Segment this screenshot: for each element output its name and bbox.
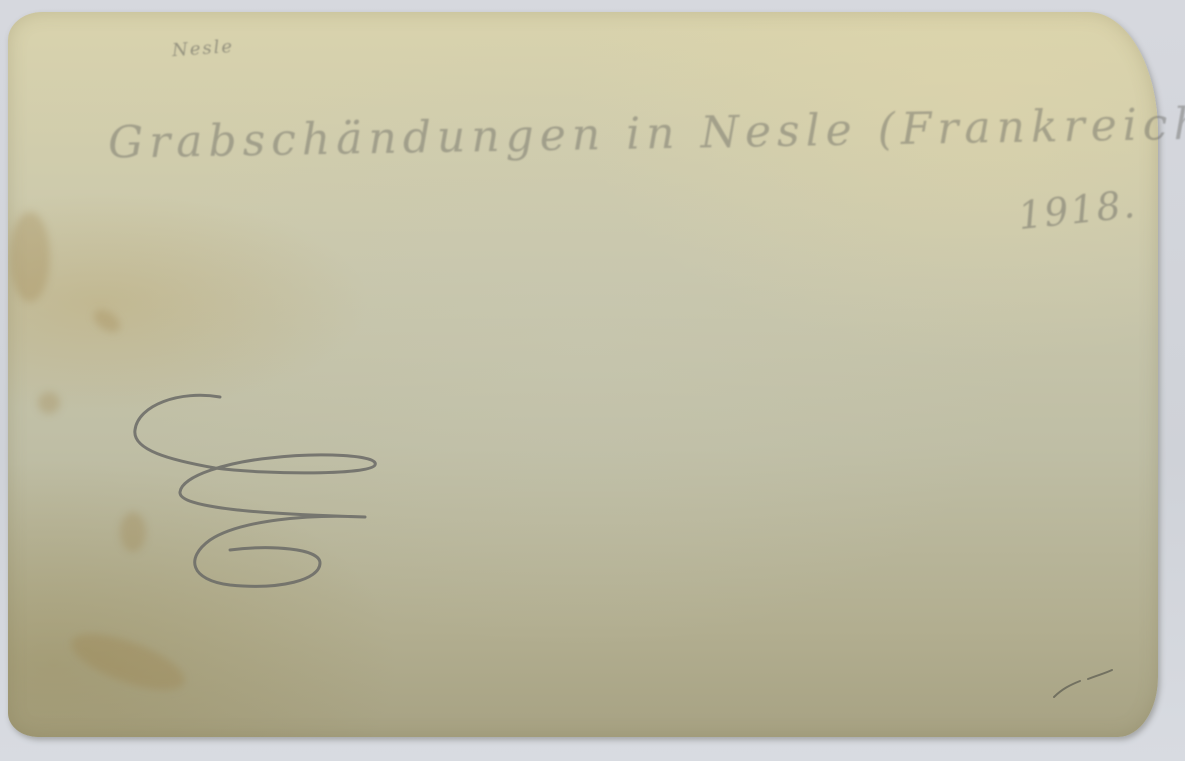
foxing-stain — [90, 305, 125, 337]
photo-scene: Nesle Grabschändungen in Nesle (Frankrei… — [0, 0, 1185, 761]
photo-card-back — [8, 12, 1158, 737]
foxing-stain — [120, 512, 146, 552]
foxing-stain — [10, 212, 50, 302]
foxing-stain — [65, 623, 191, 702]
foxing-stain — [38, 392, 60, 414]
